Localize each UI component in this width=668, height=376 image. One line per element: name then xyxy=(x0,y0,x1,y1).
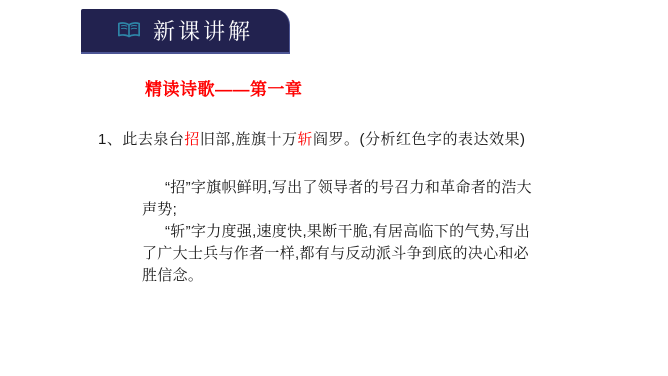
presentation-slide: 新课讲解 精读诗歌——第一章 1、此去泉台招旧部,旌旗十万斩阎罗。(分析红色字的… xyxy=(0,0,668,376)
analysis-paragraph-zhao: “招”字旗帜鲜明,写出了领导者的号召力和革命者的浩大声势; xyxy=(142,177,542,221)
slide-subtitle: 精读诗歌——第一章 xyxy=(145,75,303,100)
question-line: 1、此去泉台招旧部,旌旗十万斩阎罗。(分析红色字的表达效果) xyxy=(98,128,526,149)
question-text-part: 1、此去泉台 xyxy=(98,131,184,148)
highlighted-char: 斩 xyxy=(298,131,314,148)
open-book-icon xyxy=(117,21,141,40)
analysis-text-block: “招”字旗帜鲜明,写出了领导者的号召力和革命者的浩大声势; “斩”字力度强,速度… xyxy=(142,177,542,287)
question-text-part: 旧部,旌旗十万 xyxy=(200,131,298,148)
section-header-title: 新课讲解 xyxy=(153,15,253,46)
section-header-badge: 新课讲解 xyxy=(81,9,290,54)
question-text-part: 阎罗。(分析红色字的表达效果) xyxy=(313,131,526,148)
highlighted-char: 招 xyxy=(184,131,200,148)
analysis-paragraph-zhan: “斩”字力度强,速度快,果断干脆,有居高临下的气势,写出了广大士兵与作者一样,都… xyxy=(142,221,542,287)
